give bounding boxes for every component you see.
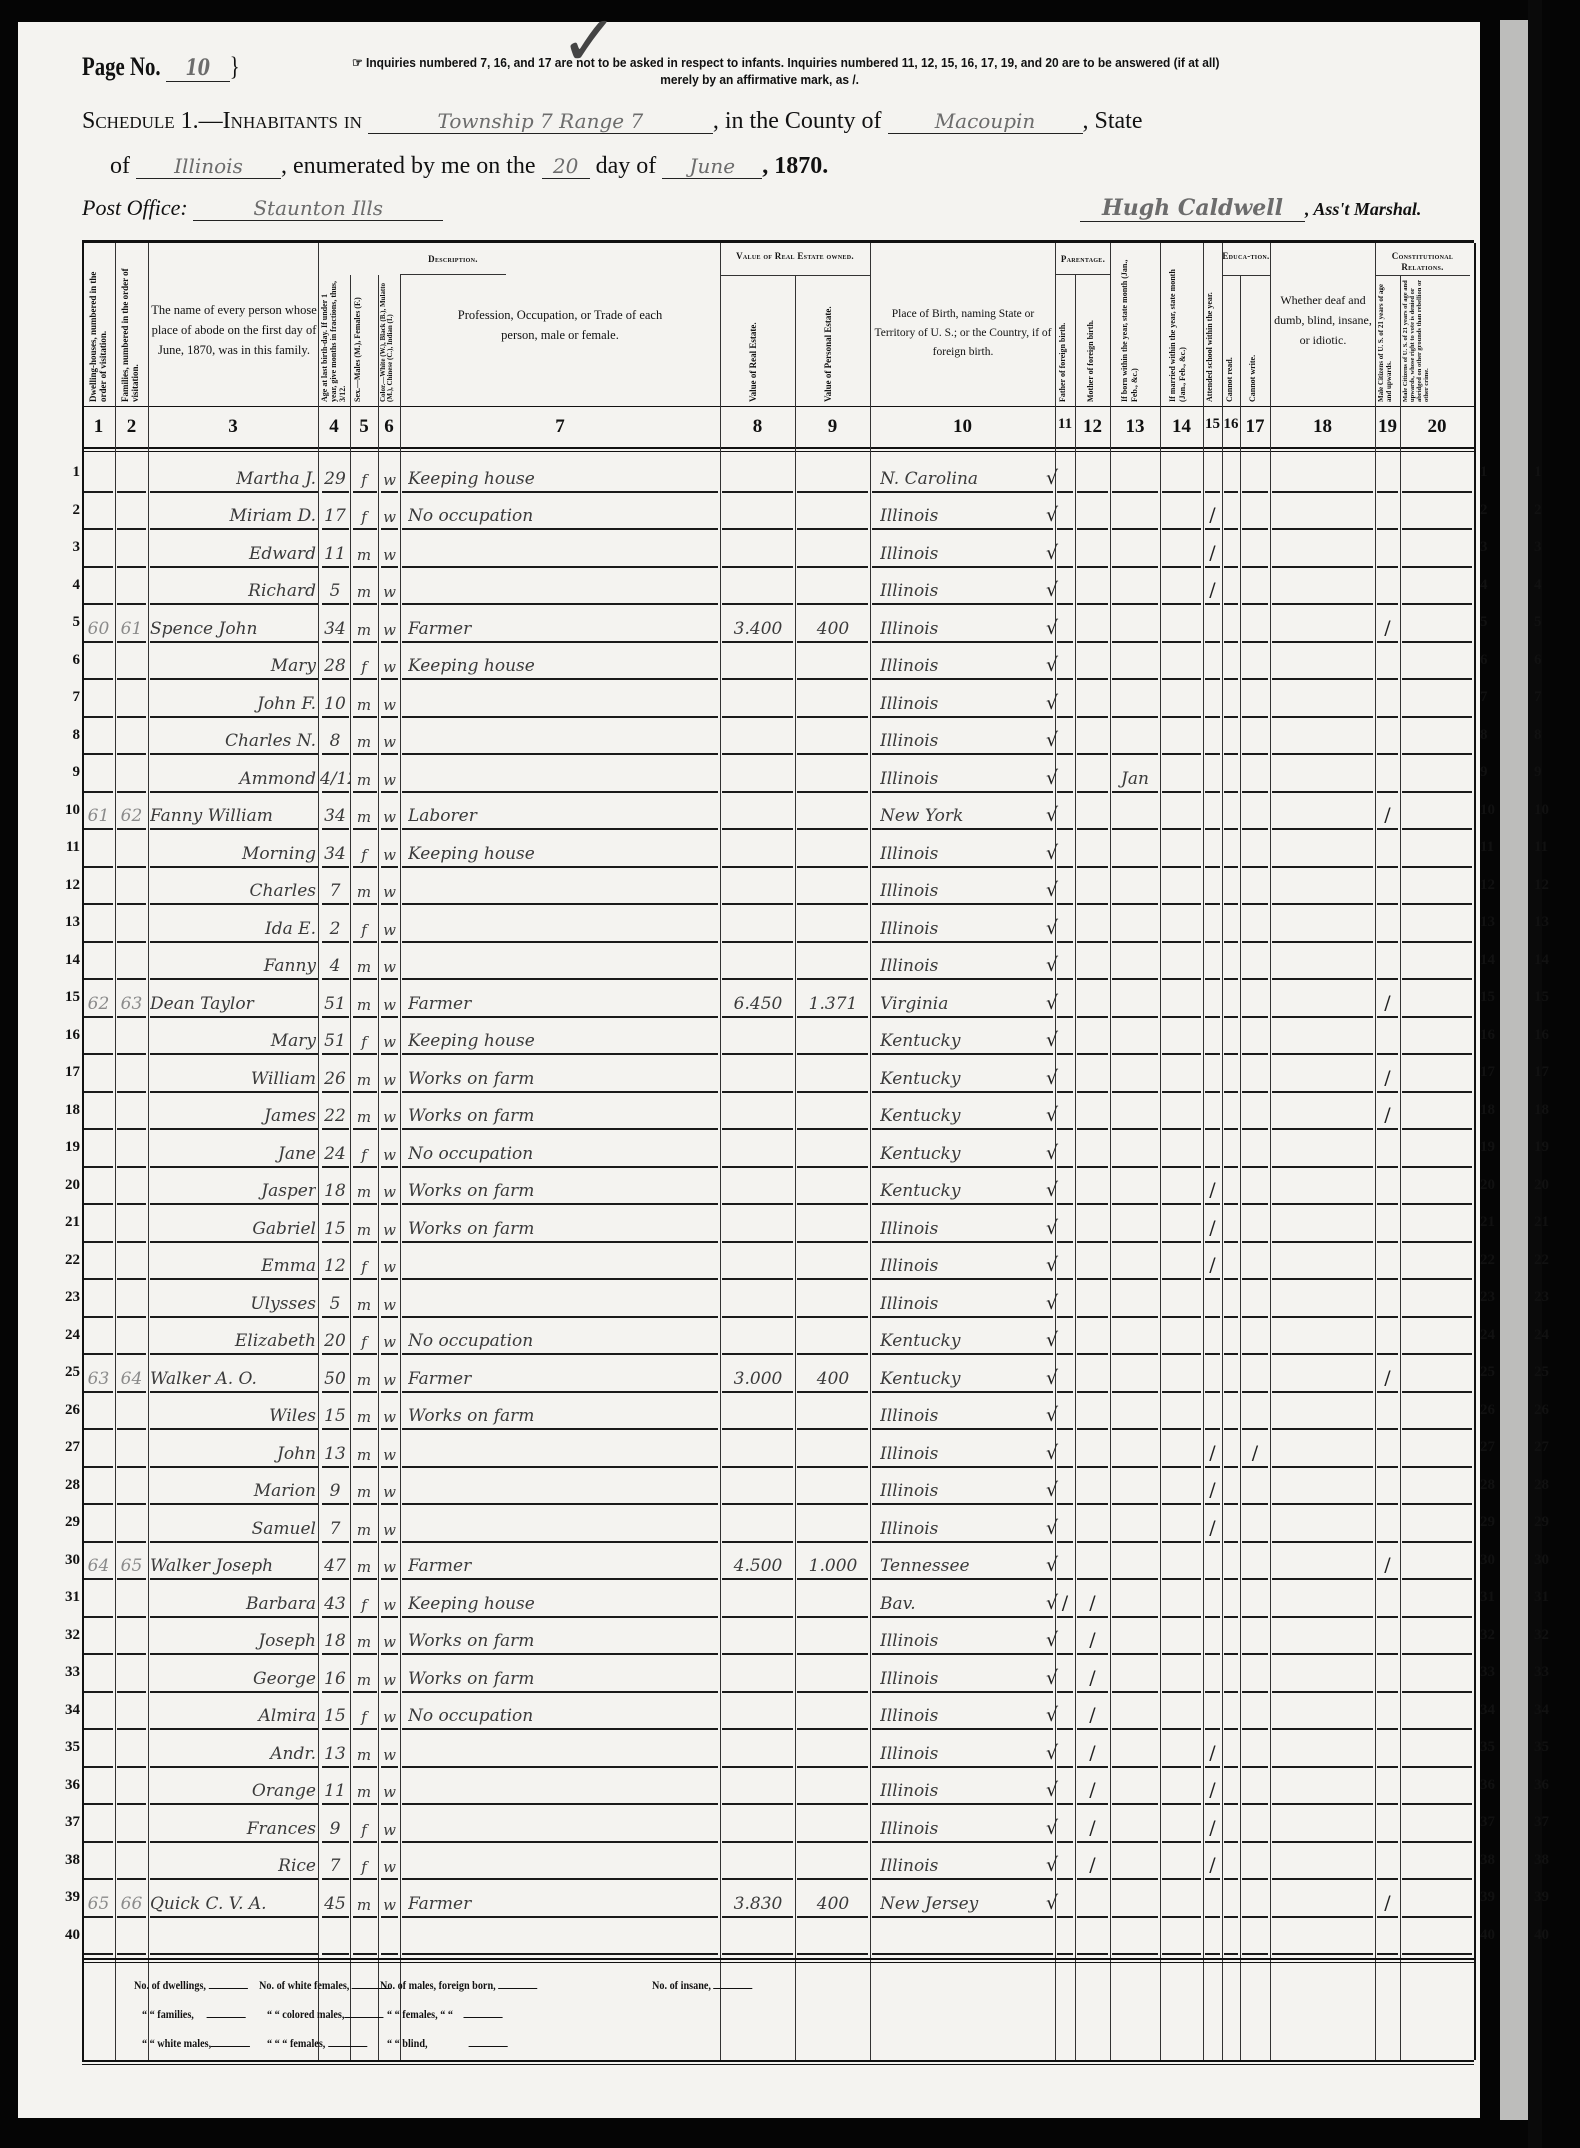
- col16-header: Cannot read.: [1225, 320, 1239, 402]
- county-field: Macoupin: [888, 109, 1083, 134]
- line-number-right: 20: [1480, 1177, 1495, 1194]
- column-number: 17: [1240, 416, 1270, 438]
- cell-dwelling: 61: [82, 806, 115, 826]
- cell-age: 15: [320, 1406, 350, 1426]
- row-rule: [1205, 1953, 1220, 1955]
- table-row: George16mwWorks on farmIllinois/√333333: [0, 1655, 1580, 1693]
- cell-mother-foreign: /: [1075, 1817, 1110, 1839]
- checkmark-icon: √: [1046, 1629, 1058, 1651]
- cell-sex: m: [351, 808, 377, 826]
- cell-birthplace: Virginia: [880, 994, 1052, 1014]
- line-number-left: 3: [62, 539, 80, 556]
- cell-sex: f: [351, 471, 377, 489]
- row-rule: [1272, 1953, 1373, 1955]
- cell-name: Walker A. O.: [150, 1369, 316, 1389]
- column-number: 7: [400, 416, 720, 438]
- cell-sex: m: [351, 1783, 377, 1801]
- line-number-right: 1: [1480, 464, 1488, 481]
- cell-color: w: [379, 1633, 400, 1651]
- line-number-right: 9: [1480, 764, 1488, 781]
- cell-color: w: [379, 1408, 400, 1426]
- cell-occupation: Keeping house: [408, 656, 718, 676]
- marshal-label: , Ass't Marshal.: [1305, 199, 1421, 219]
- col5-header: Sex.—Males (M.), Females (F.): [353, 280, 375, 402]
- line-number-left: 2: [62, 502, 80, 519]
- cell-name: Quick C. V. A.: [150, 1894, 316, 1914]
- cell-sex: m: [351, 1558, 377, 1576]
- checkmark-icon: √: [1046, 617, 1058, 639]
- cell-age: 4/12: [320, 769, 350, 789]
- cell-birthplace: Kentucky: [880, 1144, 1052, 1164]
- adjacent-page-line-number: 15: [1534, 989, 1549, 1006]
- adjacent-page-line-number: 4: [1534, 577, 1542, 594]
- cell-occupation: Works on farm: [408, 1631, 718, 1651]
- col4-header: Age at last birth-day. If under 1 year, …: [320, 280, 350, 402]
- cell-mother-foreign: /: [1075, 1779, 1110, 1801]
- page-label: Page No.: [82, 52, 161, 81]
- cell-age: 29: [320, 469, 350, 489]
- table-row: Joseph18mwWorks on farmIllinois/√323232: [0, 1618, 1580, 1656]
- cell-birthplace: Illinois: [880, 769, 1052, 789]
- column-number: 1: [82, 416, 115, 438]
- line-number-right: 11: [1480, 839, 1494, 856]
- cell-sex: f: [351, 1596, 377, 1614]
- cell-name: Rice: [150, 1856, 316, 1876]
- cell-name: Jasper: [150, 1181, 316, 1201]
- line-number-left: 16: [62, 1027, 80, 1044]
- cell-birthplace: Illinois: [880, 656, 1052, 676]
- cell-age: 28: [320, 656, 350, 676]
- cell-occupation: No occupation: [408, 1706, 718, 1726]
- cell-birthplace: Illinois: [880, 1706, 1052, 1726]
- line-number-right: 24: [1480, 1327, 1495, 1344]
- state-label: , State: [1083, 108, 1143, 134]
- line-number-left: 21: [62, 1214, 80, 1231]
- cell-age: 18: [320, 1631, 350, 1651]
- line-number-left: 22: [62, 1252, 80, 1269]
- cell-name: Jane: [150, 1144, 316, 1164]
- cell-age: 34: [320, 806, 350, 826]
- cell-color: w: [379, 808, 400, 826]
- cell-name: John: [150, 1444, 316, 1464]
- description-group-header: Description.: [400, 254, 506, 264]
- line-number-left: 6: [62, 652, 80, 669]
- line-number-left: 24: [62, 1327, 80, 1344]
- row-rule: [1112, 1953, 1158, 1955]
- cell-age: 20: [320, 1331, 350, 1351]
- cell-sex: m: [351, 1633, 377, 1651]
- checkmark-icon: √: [1046, 1404, 1058, 1426]
- table-row: 6061Spence John34mwFarmer3.400400Illinoi…: [0, 605, 1580, 643]
- cell-birthplace: Illinois: [880, 1481, 1052, 1501]
- cell-sex: m: [351, 1483, 377, 1501]
- table-row: Frances9fwIllinois//√373737: [0, 1805, 1580, 1843]
- cell-birthplace: Illinois: [880, 1819, 1052, 1839]
- line-number-right: 19: [1480, 1139, 1495, 1156]
- line-number-left: 25: [62, 1364, 80, 1381]
- adjacent-page-line-number: 21: [1534, 1214, 1549, 1231]
- line-number-right: 31: [1480, 1589, 1495, 1606]
- checkmark-icon: √: [1046, 1367, 1058, 1389]
- cell-occupation: Farmer: [408, 619, 718, 639]
- cell-color: w: [379, 658, 400, 676]
- cell-name: Barbara: [150, 1594, 316, 1614]
- column-number: 9: [795, 416, 870, 438]
- cell-sex: m: [351, 546, 377, 564]
- cell-family: 62: [115, 806, 148, 826]
- cell-color: w: [379, 1821, 400, 1839]
- line-number-right: 40: [1480, 1927, 1495, 1944]
- column-number: 12: [1075, 416, 1110, 438]
- checkmark-icon: √: [1046, 1217, 1058, 1239]
- line-number-right: 10: [1480, 802, 1495, 819]
- cell-birthplace: Kentucky: [880, 1106, 1052, 1126]
- cell-occupation: Farmer: [408, 1894, 718, 1914]
- adjacent-page-line-number: 24: [1534, 1327, 1549, 1344]
- column-number-rule: [82, 406, 1474, 407]
- cell-sex: f: [351, 1258, 377, 1276]
- column-number: 15: [1203, 416, 1222, 433]
- instructions-notice: ☞ Inquiries numbered 7, 16, and 17 are n…: [352, 54, 1382, 88]
- line-number-left: 19: [62, 1139, 80, 1156]
- cell-age: 17: [320, 506, 350, 526]
- cell-age: 7: [320, 881, 350, 901]
- cell-birthplace: Illinois: [880, 1219, 1052, 1239]
- line-number-right: 14: [1480, 952, 1495, 969]
- cell-family: 66: [115, 1894, 148, 1914]
- line-number-right: 37: [1480, 1814, 1495, 1831]
- cell-name: Emma: [150, 1256, 316, 1276]
- cell-birthplace: Illinois: [880, 1406, 1052, 1426]
- cell-birthplace: Kentucky: [880, 1331, 1052, 1351]
- cell-name: George: [150, 1669, 316, 1689]
- cell-citizen: /: [1375, 617, 1400, 639]
- adjacent-page-line-number: 26: [1534, 1402, 1549, 1419]
- white-females-count: No. of white females,: [259, 1978, 391, 1993]
- cell-school: /: [1203, 1854, 1222, 1876]
- adjacent-page-line-number: 32: [1534, 1627, 1549, 1644]
- cell-name: Marion: [150, 1481, 316, 1501]
- cell-birthplace: Illinois: [880, 1256, 1052, 1276]
- cell-citizen: /: [1375, 992, 1400, 1014]
- notice-line-2: merely by an affirmative mark, as /.: [352, 71, 1382, 88]
- cell-school: /: [1203, 1742, 1222, 1764]
- cell-age: 4: [320, 956, 350, 976]
- day-field: 20: [542, 154, 590, 179]
- table-row: Jane24fwNo occupationKentucky√191919: [0, 1130, 1580, 1168]
- cell-age: 13: [320, 1444, 350, 1464]
- cell-birthplace: N. Carolina: [880, 469, 1052, 489]
- line-number-right: 32: [1480, 1627, 1495, 1644]
- adjacent-page-line-number: 22: [1534, 1252, 1549, 1269]
- cell-name: Edward: [150, 544, 316, 564]
- cell-age: 45: [320, 1894, 350, 1914]
- cell-dwelling: 63: [82, 1369, 115, 1389]
- cell-occupation: Farmer: [408, 1369, 718, 1389]
- cell-color: w: [379, 1296, 400, 1314]
- cell-real-estate: 3.400: [722, 619, 794, 639]
- cell-sex: f: [351, 1033, 377, 1051]
- schedule-line: Schedule 1.—Inhabitants in Township 7 Ra…: [82, 108, 1143, 135]
- cell-birthplace: Illinois: [880, 619, 1052, 639]
- line-number-left: 33: [62, 1664, 80, 1681]
- cell-sex: f: [351, 1333, 377, 1351]
- cell-color: w: [379, 1783, 400, 1801]
- checkmark-icon: √: [1046, 1254, 1058, 1276]
- line-number-left: 40: [62, 1927, 80, 1944]
- cell-sex: m: [351, 583, 377, 601]
- table-row: Andr.13mwIllinois//√353535: [0, 1730, 1580, 1768]
- adjacent-page-line-number: 5: [1534, 614, 1542, 631]
- cell-birthplace: Bav.: [880, 1594, 1052, 1614]
- col20-header: Male Citizens of U. S. of 21 years of ag…: [1402, 280, 1442, 402]
- cell-personal-estate: 400: [797, 1369, 869, 1389]
- line-number-left: 27: [62, 1439, 80, 1456]
- line-number-right: 4: [1480, 577, 1488, 594]
- cell-name: Gabriel: [150, 1219, 316, 1239]
- line-number-right: 34: [1480, 1702, 1495, 1719]
- white-males-count: “ “ white males,: [142, 2036, 250, 2051]
- cell-color: w: [379, 1896, 400, 1914]
- table-row: Miriam D.17fwNo occupationIllinois/√222: [0, 493, 1580, 531]
- line-number-left: 10: [62, 802, 80, 819]
- column-number: 20: [1400, 416, 1474, 438]
- cell-name: Richard: [150, 581, 316, 601]
- post-office-field: Staunton Ills: [193, 196, 443, 221]
- row-rule: [722, 1953, 793, 1955]
- adjacent-page-line-number: 12: [1534, 877, 1549, 894]
- table-row: Charles7mwIllinois√121212: [0, 868, 1580, 906]
- adjacent-page-line-number: 31: [1534, 1589, 1549, 1606]
- cell-color: w: [379, 1146, 400, 1164]
- line-number-left: 9: [62, 764, 80, 781]
- line-number-right: 36: [1480, 1777, 1495, 1794]
- header-bottom-rule-2: [82, 451, 1474, 452]
- cell-birthplace: Illinois: [880, 1856, 1052, 1876]
- marshal-line: Hugh Caldwell, Ass't Marshal.: [1080, 195, 1421, 222]
- line-number-left: 1: [62, 464, 80, 481]
- cell-sex: m: [351, 696, 377, 714]
- adjacent-page-line-number: 23: [1534, 1289, 1549, 1306]
- row-rule: [353, 1953, 377, 1955]
- table-row: Ulysses5mwIllinois√232323: [0, 1280, 1580, 1318]
- col2-header: Families, numbered in the order of visit…: [120, 252, 142, 402]
- line-number-left: 12: [62, 877, 80, 894]
- cell-age: 18: [320, 1181, 350, 1201]
- cell-age: 13: [320, 1744, 350, 1764]
- cell-color: w: [379, 1221, 400, 1239]
- cell-birthplace: Illinois: [880, 1744, 1052, 1764]
- cell-personal-estate: 400: [797, 619, 869, 639]
- cell-name: Wiles: [150, 1406, 316, 1426]
- table-row: 404040: [0, 1918, 1580, 1956]
- cell-name: Elizabeth: [150, 1331, 316, 1351]
- row-rule: [1402, 1953, 1472, 1955]
- col13-header: If born within the year, state month (Ja…: [1120, 252, 1150, 402]
- line-number-right: 38: [1480, 1852, 1495, 1869]
- line-number-left: 8: [62, 727, 80, 744]
- page-number: 10: [166, 55, 230, 82]
- cell-mother-foreign: /: [1075, 1704, 1110, 1726]
- cell-citizen: /: [1375, 1554, 1400, 1576]
- cell-color: w: [379, 1746, 400, 1764]
- cell-name: Martha J.: [150, 469, 316, 489]
- cell-name: Spence John: [150, 619, 316, 639]
- table-row: Samuel7mwIllinois/√292929: [0, 1505, 1580, 1543]
- adjacent-page-line-number: 28: [1534, 1477, 1549, 1494]
- cell-name: James: [150, 1106, 316, 1126]
- line-number-left: 5: [62, 614, 80, 631]
- checkmark-icon: √: [1046, 1892, 1058, 1914]
- cell-sex: f: [351, 1858, 377, 1876]
- col18-header: Whether deaf and dumb, blind, insane, or…: [1272, 290, 1374, 350]
- row-rule: [872, 1953, 1053, 1955]
- table-row: 6162Fanny William34mwLaborerNew York/√10…: [0, 793, 1580, 831]
- cell-birthplace: New Jersey: [880, 1894, 1052, 1914]
- checkmark-icon: √: [1046, 917, 1058, 939]
- line-number-left: 20: [62, 1177, 80, 1194]
- column-number: 16: [1222, 416, 1240, 433]
- cell-color: w: [379, 1483, 400, 1501]
- cell-birthplace: Illinois: [880, 544, 1052, 564]
- cell-school: /: [1203, 1442, 1222, 1464]
- table-top-rule: [82, 240, 1474, 243]
- cell-school: /: [1203, 1779, 1222, 1801]
- checkmark-icon: √: [1046, 1554, 1058, 1576]
- cell-family: 64: [115, 1369, 148, 1389]
- cell-school: /: [1203, 579, 1222, 601]
- col12-header: Mother of foreign birth.: [1086, 280, 1100, 402]
- table-row: Ammond4/12mwIllinoisJan√999: [0, 755, 1580, 793]
- checkmark-icon: ✓: [560, 0, 619, 82]
- cell-sex: f: [351, 921, 377, 939]
- cell-age: 50: [320, 1369, 350, 1389]
- checkmark-icon: √: [1046, 1667, 1058, 1689]
- line-number-left: 30: [62, 1552, 80, 1569]
- cell-color: w: [379, 1033, 400, 1051]
- marshal-signature: Hugh Caldwell: [1080, 195, 1305, 222]
- state-field: Illinois: [136, 154, 281, 179]
- line-number-left: 34: [62, 1702, 80, 1719]
- table-row: Jasper18mwWorks on farmKentucky/√202020: [0, 1168, 1580, 1206]
- checkmark-icon: √: [1046, 467, 1058, 489]
- table-row: James22mwWorks on farmKentucky/√181818: [0, 1093, 1580, 1131]
- group-divider: [400, 274, 506, 275]
- cell-color: w: [379, 1596, 400, 1614]
- checkmark-icon: √: [1046, 692, 1058, 714]
- checkmark-icon: √: [1046, 654, 1058, 676]
- cell-age: 2: [320, 919, 350, 939]
- cell-birthplace: Illinois: [880, 581, 1052, 601]
- table-row: Morning34fwKeeping houseIllinois√111111: [0, 830, 1580, 868]
- cell-sex: m: [351, 1221, 377, 1239]
- cell-color: w: [379, 1258, 400, 1276]
- cell-school: /: [1203, 504, 1222, 526]
- line-number-left: 4: [62, 577, 80, 594]
- females-foreign-count: “ “ females, “ “: [387, 2007, 502, 2022]
- cell-color: w: [379, 958, 400, 976]
- cell-real-estate: 3.830: [722, 1894, 794, 1914]
- table-row: Fanny4mwIllinois√141414: [0, 943, 1580, 981]
- cell-name: Ida E.: [150, 919, 316, 939]
- cell-dwelling: 60: [82, 619, 115, 639]
- adjacent-page-line-number: 30: [1534, 1552, 1549, 1569]
- cell-age: 15: [320, 1706, 350, 1726]
- cell-sex: m: [351, 1521, 377, 1539]
- cell-age: 43: [320, 1594, 350, 1614]
- adjacent-page-line-number: 27: [1534, 1439, 1549, 1456]
- header-bottom-rule: [82, 447, 1474, 449]
- cell-school: /: [1203, 1479, 1222, 1501]
- cell-school: /: [1203, 1179, 1222, 1201]
- column-number: 2: [115, 416, 148, 438]
- blind-count: “ “ blind,: [387, 2036, 507, 2051]
- row-rule: [117, 1953, 146, 1955]
- col19-header: Male Citizens of U. S. of 21 years of ag…: [1377, 280, 1399, 402]
- cell-birthplace: Illinois: [880, 1669, 1052, 1689]
- cell-name: Walker Joseph: [150, 1556, 316, 1576]
- cell-age: 7: [320, 1856, 350, 1876]
- row-rule: [322, 1953, 349, 1955]
- column-number: 5: [350, 416, 378, 438]
- cell-color: w: [379, 1446, 400, 1464]
- cell-color: w: [379, 1371, 400, 1389]
- colored-males-count: “ “ colored males,: [267, 2007, 384, 2022]
- line-number-right: 5: [1480, 614, 1488, 631]
- checkmark-icon: √: [1046, 1817, 1058, 1839]
- cell-birthplace: Kentucky: [880, 1069, 1052, 1089]
- row-rule: [381, 1953, 398, 1955]
- cell-color: w: [379, 921, 400, 939]
- table-row: Mary28fwKeeping houseIllinois√666: [0, 643, 1580, 681]
- line-number-right: 18: [1480, 1102, 1495, 1119]
- cell-color: w: [379, 621, 400, 639]
- checkmark-icon: √: [1046, 1779, 1058, 1801]
- row-rule: [1377, 1953, 1398, 1955]
- line-number-right: 16: [1480, 1027, 1495, 1044]
- cell-birthplace: Illinois: [880, 506, 1052, 526]
- cell-sex: m: [351, 1296, 377, 1314]
- line-number-left: 31: [62, 1589, 80, 1606]
- adjacent-page-line-number: 20: [1534, 1177, 1549, 1194]
- row-rule: [150, 1953, 318, 1955]
- checkmark-icon: √: [1046, 1854, 1058, 1876]
- cell-personal-estate: 1.000: [797, 1556, 869, 1576]
- cell-mother-foreign: /: [1075, 1854, 1110, 1876]
- cell-color: w: [379, 996, 400, 1014]
- cell-color: w: [379, 1333, 400, 1351]
- line-number-left: 35: [62, 1739, 80, 1756]
- education-group-header: Educa-tion.: [1222, 251, 1270, 262]
- adjacent-page-line-number: 6: [1534, 652, 1542, 669]
- line-number-right: 35: [1480, 1739, 1495, 1756]
- county-label: , in the County of: [713, 108, 882, 134]
- cell-citizen: /: [1375, 1104, 1400, 1126]
- cell-birthplace: Illinois: [880, 694, 1052, 714]
- checkmark-icon: √: [1046, 1442, 1058, 1464]
- column-number: 3: [148, 416, 318, 438]
- cell-occupation: Works on farm: [408, 1181, 718, 1201]
- cell-age: 15: [320, 1219, 350, 1239]
- adjacent-page-line-number: 13: [1534, 914, 1549, 931]
- line-number-left: 13: [62, 914, 80, 931]
- cell-real-estate: 6.450: [722, 994, 794, 1014]
- cell-sex: m: [351, 1896, 377, 1914]
- line-number-left: 39: [62, 1889, 80, 1906]
- line-number-left: 17: [62, 1064, 80, 1081]
- group-divider: [1055, 274, 1111, 275]
- cell-color: w: [379, 883, 400, 901]
